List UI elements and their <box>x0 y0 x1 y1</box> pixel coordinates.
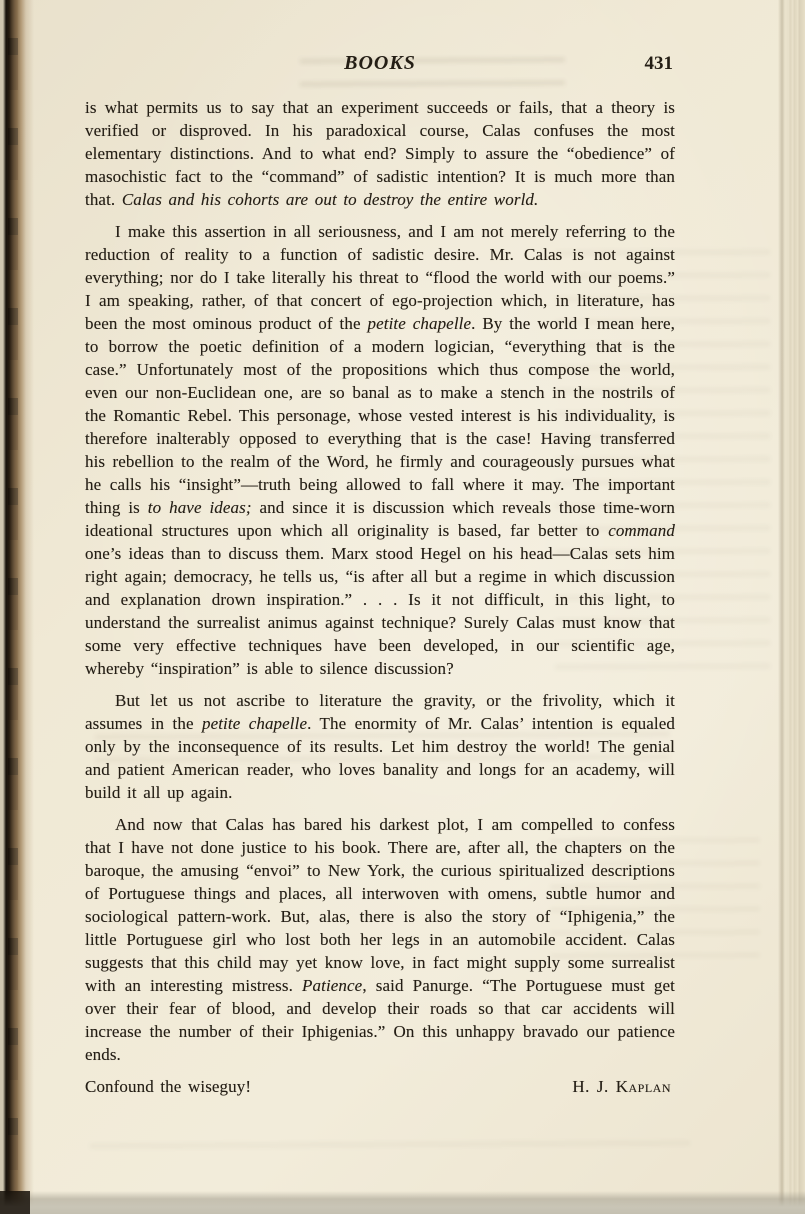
scanned-book-page: BOOKS 431 is what permits us to say that… <box>0 0 805 1214</box>
signature-row: Confound the wiseguy! H. J. Kaplan <box>85 1075 675 1098</box>
body-text: is what permits us to say that an experi… <box>85 96 675 1098</box>
paragraph: I make this assertion in all seriousness… <box>85 220 675 680</box>
section-title: BOOKS <box>85 52 675 75</box>
running-header: BOOKS 431 <box>85 52 675 80</box>
author-signature: H. J. Kaplan <box>572 1075 675 1098</box>
book-spine-edge <box>0 0 34 1214</box>
paragraph: But let us not ascribe to literature the… <box>85 689 675 804</box>
scan-bottom-edge <box>0 1191 805 1214</box>
page-number: 431 <box>645 53 674 75</box>
closing-line: Confound the wiseguy! <box>85 1075 251 1098</box>
paragraph: And now that Calas has bared his darkest… <box>85 813 675 1066</box>
paragraph: is what permits us to say that an experi… <box>85 96 675 211</box>
page-stack-edge <box>778 0 805 1214</box>
showthrough-smudge <box>90 1140 690 1161</box>
